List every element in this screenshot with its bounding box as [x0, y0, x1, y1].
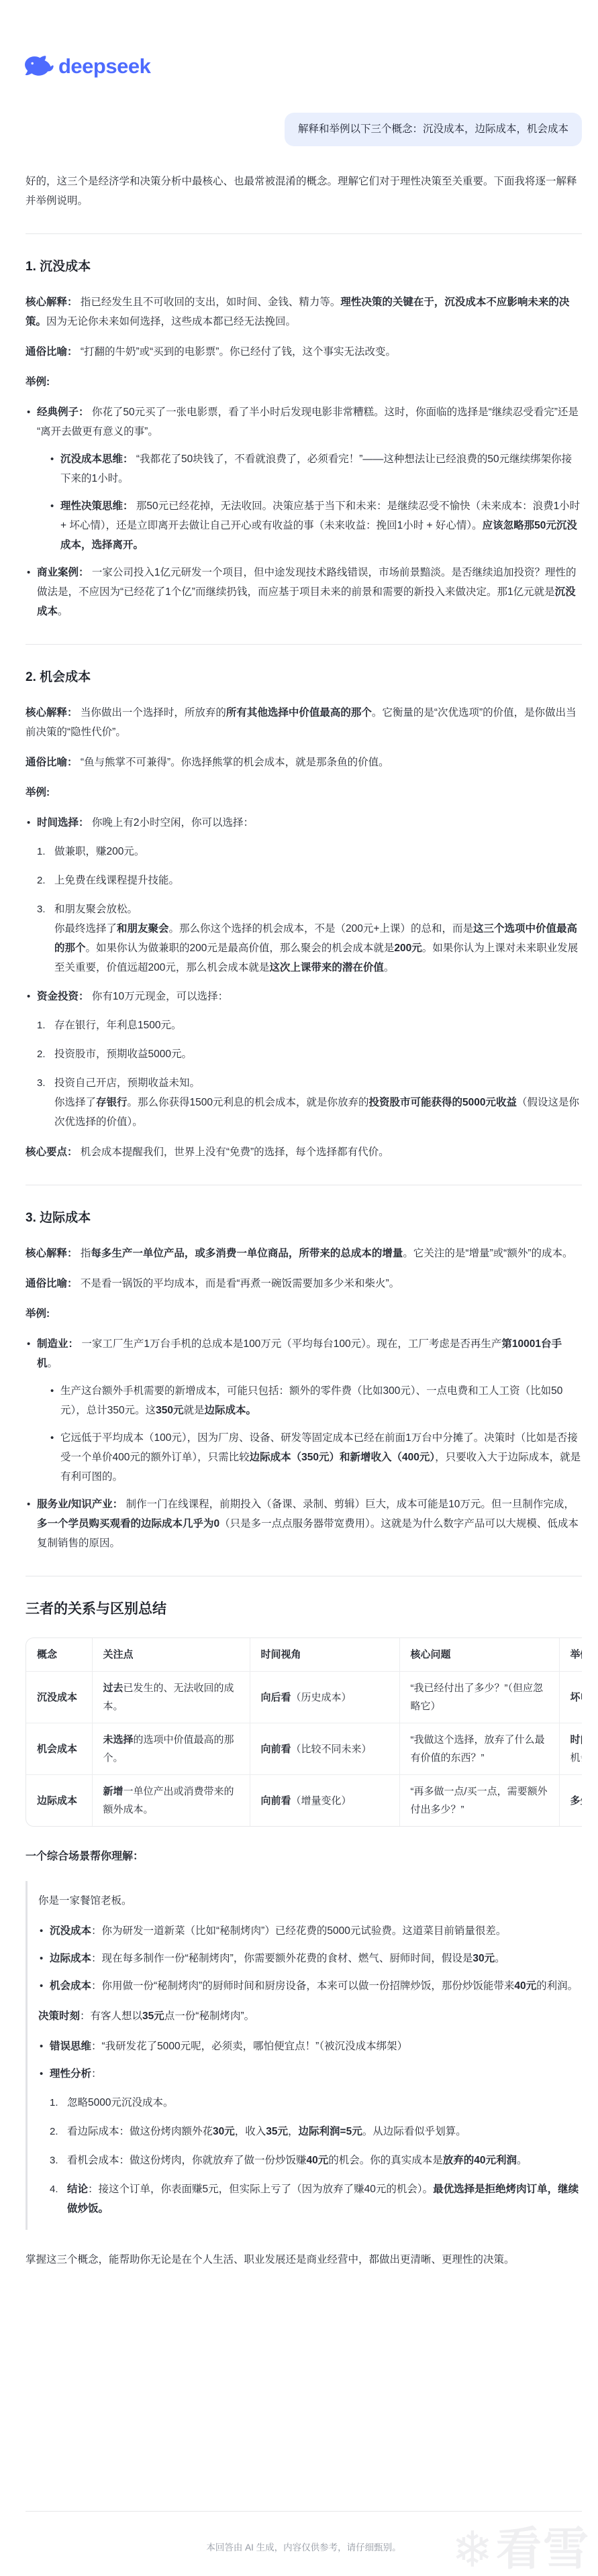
- list-item-text: 边际成本：现在每多制作一份“秘制烤肉”，你需要额外花费的食材、燃气、厨师时间，假…: [50, 1949, 582, 1968]
- list-item-text: 沉没成本思维： “我都花了50块钱了，不看就浪费了，必须看完！”——这种想法让已…: [60, 449, 582, 488]
- list-item-text: 错误思维：“我研发花了5000元呢，必须卖，哪怕便宜点！”（被沉没成本绑架）: [50, 2037, 582, 2056]
- table-row: 机会成本 未选择的选项中价值最高的那个。 向前看（比较不同未来） “我做这个选择…: [26, 1723, 582, 1775]
- list-item-text: 生产这台额外手机需要的新增成本，可能只包括：额外的零件费（比如300元）、一点电…: [60, 1381, 582, 1420]
- section-3-analogy: 通俗比喻： 不是看一锅饭的平均成本，而是看“再煮一碗饭需要加多少米和柴火”。: [26, 1274, 582, 1293]
- table-header-row: 概念 关注点 时间视角 核心问题 举例: [26, 1638, 582, 1672]
- scenario-blockquote: 你是一家餐馆老板。 沉没成本：你为研发一道新菜（比如“秘制烤肉”）已经花费的50…: [26, 1881, 582, 2230]
- table-cell-question: “我已经付出了多少？”（但应忽略它）: [399, 1672, 559, 1723]
- watermark: ❄ 看雪: [452, 2524, 590, 2575]
- list-item: 服务业/知识产业： 制作一门在线课程，前期投入（备课、录制、剪辑）巨大，成本可能…: [37, 1495, 582, 1553]
- list-item-text: 机会成本：你用做一份“秘制烤肉”的厨师时间和厨房设备，本来可以做一份招牌炒饭，那…: [50, 1976, 582, 1996]
- table-cell-question: “我做这个选择，放弃了什么最有价值的东西？”: [399, 1723, 559, 1775]
- list-item-text: 经典例子： 你花了50元买了一张电影票，看了半小时后发现电影非常糟糕。这时，你面…: [37, 402, 582, 441]
- column-header: 举例: [559, 1638, 582, 1672]
- table-cell-time: 向后看（历史成本）: [250, 1672, 399, 1723]
- list-item-text: 看边际成本：做这份烤肉额外花30元，收入35元，边际利润=5元。从边际看似乎划算…: [67, 2122, 582, 2141]
- list-item: 沉没成本：你为研发一道新菜（比如“秘制烤肉”）已经花费的5000元试验费。这道菜…: [50, 1921, 582, 1941]
- list-item: 沉没成本思维： “我都花了50块钱了，不看就浪费了，必须看完！”——这种想法让已…: [60, 449, 582, 488]
- column-header: 概念: [26, 1638, 92, 1672]
- list-item-text: 做兼职，赚200元。: [54, 842, 582, 861]
- list-item: 资金投资： 你有10万元现金，可以选择： 存在银行，年利息1500元。 投资股市…: [37, 987, 582, 1132]
- table-cell-concept: 沉没成本: [26, 1672, 92, 1723]
- list-item: 经典例子： 你花了50元买了一张电影票，看了半小时后发现电影非常糟糕。这时，你面…: [37, 402, 582, 555]
- section-2-examples-label: 举例:: [26, 783, 582, 802]
- scenario-heading: 一个综合场景帮你理解：: [26, 1847, 582, 1866]
- list-item: 制造业： 一家工厂生产1万台手机的总成本是100万元（平均每台100元）。现在，…: [37, 1334, 582, 1487]
- summary-table: 概念 关注点 时间视角 核心问题 举例 沉没成本 过去已发生的、无法收回的成本。…: [26, 1638, 582, 1827]
- list-item-text: 忽略5000元沉没成本。: [67, 2093, 582, 2112]
- list-item: 结论：接这个订单，你表面赚5元，但实际上亏了（因为放弃了赚40元的机会）。最优选…: [67, 2180, 582, 2218]
- list-item-text: 它远低于平均成本（100元），因为厂房、设备、研发等固定成本已经在前面1万台中分…: [60, 1428, 582, 1487]
- list-item-text: 理性分析：: [50, 2064, 582, 2084]
- table-cell-time: 向前看（增量变化）: [250, 1775, 399, 1827]
- list-item: 投资自己开店，预期收益未知。 你选择了存银行。那么你获得1500元利息的机会成本…: [54, 1073, 582, 1132]
- snowflake-icon: ❄: [452, 2525, 493, 2575]
- list-item-text: 资金投资： 你有10万元现金，可以选择：: [37, 987, 582, 1006]
- intro-paragraph: 好的，这三个是经济学和决策分析中最核心、也最常被混淆的概念。理解它们对于理性决策…: [26, 172, 582, 211]
- closing-paragraph: 掌握这三个概念，能帮助你无论是在个人生活、职业发展还是商业经营中，都做出更清晰、…: [26, 2250, 582, 2269]
- user-message-row: 解释和举例以下三个概念：沉没成本，边际成本，机会成本: [0, 113, 598, 146]
- deepseek-whale-icon: [24, 55, 54, 76]
- deepseek-logo-text: deepseek: [58, 56, 150, 76]
- section-3-list: 制造业： 一家工厂生产1万台手机的总成本是100万元（平均每台100元）。现在，…: [26, 1334, 582, 1553]
- list-item: 商业案例： 一家公司投入1亿元研发一个项目，但中途发现技术路线错误，市场前景黯淡…: [37, 563, 582, 621]
- column-header: 核心问题: [399, 1638, 559, 1672]
- table-cell-question: “再多做一点/买一点，需要额外付出多少？”: [399, 1775, 559, 1827]
- column-header: 时间视角: [250, 1638, 399, 1672]
- list-item: 错误思维：“我研发花了5000元呢，必须卖，哪怕便宜点！”（被沉没成本绑架）: [50, 2037, 582, 2056]
- list-item-text: 理性决策思维： 那50元已经花掉，无法收回。决策应基于当下和未来：是继续忍受不愉…: [60, 496, 582, 555]
- section-2-key-point: 核心要点： 机会成本提醒我们，世界上没有“免费”的选择，每个选择都有代价。: [26, 1142, 582, 1162]
- list-item-text: 看机会成本：做这份烤肉，你就放弃了做一份炒饭赚40元的机会。你的真实成本是放弃的…: [67, 2151, 582, 2170]
- section-2-core: 核心解释： 当你做出一个选择时，所放弃的所有其他选择中价值最高的那个。它衡量的是…: [26, 703, 582, 742]
- list-item: 看机会成本：做这份烤肉，你就放弃了做一份炒饭赚40元的机会。你的真实成本是放弃的…: [67, 2151, 582, 2170]
- list-item: 机会成本：你用做一份“秘制烤肉”的厨师时间和厨房设备，本来可以做一份招牌炒饭，那…: [50, 1976, 582, 1996]
- section-2-list: 时间选择： 你晚上有2小时空闲，你可以选择： 做兼职，赚200元。 上免费在线课…: [26, 813, 582, 1132]
- list-item-text: 制造业： 一家工厂生产1万台手机的总成本是100万元（平均每台100元）。现在，…: [37, 1334, 582, 1373]
- list-item: 时间选择： 你晚上有2小时空闲，你可以选择： 做兼职，赚200元。 上免费在线课…: [37, 813, 582, 977]
- table-cell-concept: 边际成本: [26, 1775, 92, 1827]
- list-item: 理性决策思维： 那50元已经花掉，无法收回。决策应基于当下和未来：是继续忍受不愉…: [60, 496, 582, 555]
- assistant-message: 好的，这三个是经济学和决策分析中最核心、也最常被混淆的概念。理解它们对于理性决策…: [0, 172, 598, 2269]
- nested-list: 生产这台额外手机需要的新增成本，可能只包括：额外的零件费（比如300元）、一点电…: [49, 1381, 582, 1487]
- list-item: 生产这台额外手机需要的新增成本，可能只包括：额外的零件费（比如300元）、一点电…: [60, 1381, 582, 1420]
- list-item-text: 服务业/知识产业： 制作一门在线课程，前期投入（备课、录制、剪辑）巨大，成本可能…: [37, 1495, 582, 1553]
- list-item-text: 结论：接这个订单，你表面赚5元，但实际上亏了（因为放弃了赚40元的机会）。最优选…: [67, 2180, 582, 2218]
- table-cell-focus: 过去已发生的、无法收回的成本。: [92, 1672, 250, 1723]
- list-item: 和朋友聚会放松。 你最终选择了和朋友聚会。那么你这个选择的机会成本，不是（200…: [54, 900, 582, 977]
- table-row: 沉没成本 过去已发生的、无法收回的成本。 向后看（历史成本） “我已经付出了多少…: [26, 1672, 582, 1723]
- table-cell-concept: 机会成本: [26, 1723, 92, 1775]
- chat-page: deepseek 解释和举例以下三个概念：沉没成本，边际成本，机会成本 好的，这…: [0, 0, 598, 2576]
- comparison-table: 概念 关注点 时间视角 核心问题 举例 沉没成本 过去已发生的、无法收回的成本。…: [26, 1638, 582, 1826]
- scenario-list: 沉没成本：你为研发一道新菜（比如“秘制烤肉”）已经花费的5000元试验费。这道菜…: [38, 1921, 582, 1996]
- section-divider: [26, 233, 582, 234]
- list-item: 上免费在线课程提升技能。: [54, 871, 582, 890]
- section-divider: [26, 1576, 582, 1576]
- list-item-text: 商业案例： 一家公司投入1亿元研发一个项目，但中途发现技术路线错误，市场前景黯淡…: [37, 563, 582, 621]
- ordered-options-list: 存在银行，年利息1500元。 投资股市，预期收益5000元。 投资自己开店，预期…: [37, 1016, 582, 1132]
- list-item: 投资股市，预期收益5000元。: [54, 1044, 582, 1064]
- list-item-text: 存在银行，年利息1500元。: [54, 1016, 582, 1035]
- section-3-core: 核心解释： 指每多生产一单位产品，或多消费一单位商品，所带来的总成本的增量。它关…: [26, 1244, 582, 1263]
- list-item-text: 投资股市，预期收益5000元。: [54, 1044, 582, 1064]
- list-item-text: 上免费在线课程提升技能。: [54, 871, 582, 890]
- section-divider: [26, 644, 582, 645]
- section-divider: [26, 1185, 582, 1185]
- section-2-analogy: 通俗比喻： “鱼与熊掌不可兼得”。你选择熊掌的机会成本，就是那条鱼的价值。: [26, 753, 582, 772]
- list-item: 做兼职，赚200元。: [54, 842, 582, 861]
- scenario-list-2: 错误思维：“我研发花了5000元呢，必须卖，哪怕便宜点！”（被沉没成本绑架） 理…: [38, 2037, 582, 2218]
- analysis-ordered-list: 忽略5000元沉没成本。 看边际成本：做这份烤肉额外花30元，收入35元，边际利…: [50, 2093, 582, 2218]
- table-cell-focus: 新增一单位产出或消费带来的额外成本。: [92, 1775, 250, 1827]
- list-item: 忽略5000元沉没成本。: [67, 2093, 582, 2112]
- deepseek-logo: deepseek: [0, 0, 598, 76]
- table-cell-example: 多生产一台手机的额外350元成本。: [559, 1775, 582, 1827]
- table-row: 边际成本 新增一单位产出或消费带来的额外成本。 向前看（增量变化） “再多做一点…: [26, 1775, 582, 1827]
- table-cell-focus: 未选择的选项中价值最高的那个。: [92, 1723, 250, 1775]
- column-header: 关注点: [92, 1638, 250, 1672]
- nested-list: 沉没成本思维： “我都花了50块钱了，不看就浪费了，必须看完！”——这种想法让已…: [49, 449, 582, 555]
- watermark-text: 看雪: [496, 2524, 590, 2575]
- list-item: 存在银行，年利息1500元。: [54, 1016, 582, 1035]
- scenario-intro: 你是一家餐馆老板。: [38, 1891, 582, 1911]
- table-cell-example: 时间用于聚会，放弃了兼职的200元机会。: [559, 1723, 582, 1775]
- list-item-text: 时间选择： 你晚上有2小时空闲，你可以选择：: [37, 813, 582, 833]
- section-3-examples-label: 举例:: [26, 1304, 582, 1324]
- ordered-options-list: 做兼职，赚200元。 上免费在线课程提升技能。 和朋友聚会放松。 你最终选择了和…: [37, 842, 582, 977]
- list-item: 看边际成本：做这份烤肉额外花30元，收入35元，边际利润=5元。从边际看似乎划算…: [67, 2122, 582, 2141]
- section-3-heading: 3. 边际成本: [26, 1208, 582, 1228]
- list-item: 理性分析： 忽略5000元沉没成本。 看边际成本：做这份烤肉额外花30元，收入3…: [50, 2064, 582, 2218]
- section-1-examples-label: 举例:: [26, 372, 582, 392]
- list-item-continuation: 你选择了存银行。那么你获得1500元利息的机会成本，就是你放弃的投资股市可能获得…: [54, 1093, 582, 1132]
- list-item-text: 沉没成本：你为研发一道新菜（比如“秘制烤肉”）已经花费的5000元试验费。这道菜…: [50, 1921, 582, 1941]
- user-message-bubble: 解释和举例以下三个概念：沉没成本，边际成本，机会成本: [285, 113, 582, 146]
- list-item: 它远低于平均成本（100元），因为厂房、设备、研发等固定成本已经在前面1万台中分…: [60, 1428, 582, 1487]
- table-cell-time: 向前看（比较不同未来）: [250, 1723, 399, 1775]
- section-1-list: 经典例子： 你花了50元买了一张电影票，看了半小时后发现电影非常糟糕。这时，你面…: [26, 402, 582, 621]
- section-2-heading: 2. 机会成本: [26, 667, 582, 687]
- summary-heading: 三者的关系与区别总结: [26, 1599, 582, 1619]
- section-1-core: 核心解释： 指已经发生且不可收回的支出，如时间、金钱、精力等。理性决策的关键在于…: [26, 292, 582, 331]
- section-1-heading: 1. 沉没成本: [26, 257, 582, 276]
- list-item-text: 和朋友聚会放松。: [54, 900, 582, 919]
- table-cell-example: 坏电影的50元（不应影响决定）: [559, 1672, 582, 1723]
- list-item: 边际成本：现在每多制作一份“秘制烤肉”，你需要额外花费的食材、燃气、厨师时间，假…: [50, 1949, 582, 1968]
- section-1-analogy: 通俗比喻： “打翻的牛奶”或“买到的电影票”。你已经付了钱，这个事实无法改变。: [26, 342, 582, 362]
- list-item-continuation: 你最终选择了和朋友聚会。那么你这个选择的机会成本，不是（200元+上课）的总和，…: [54, 919, 582, 977]
- scenario-decision: 决策时刻：有客人想以35元点一份“秘制烤肉”。: [38, 2006, 582, 2026]
- list-item-text: 投资自己开店，预期收益未知。: [54, 1073, 582, 1093]
- summary-table-clip: 概念 关注点 时间视角 核心问题 举例 沉没成本 过去已发生的、无法收回的成本。…: [26, 1638, 582, 1827]
